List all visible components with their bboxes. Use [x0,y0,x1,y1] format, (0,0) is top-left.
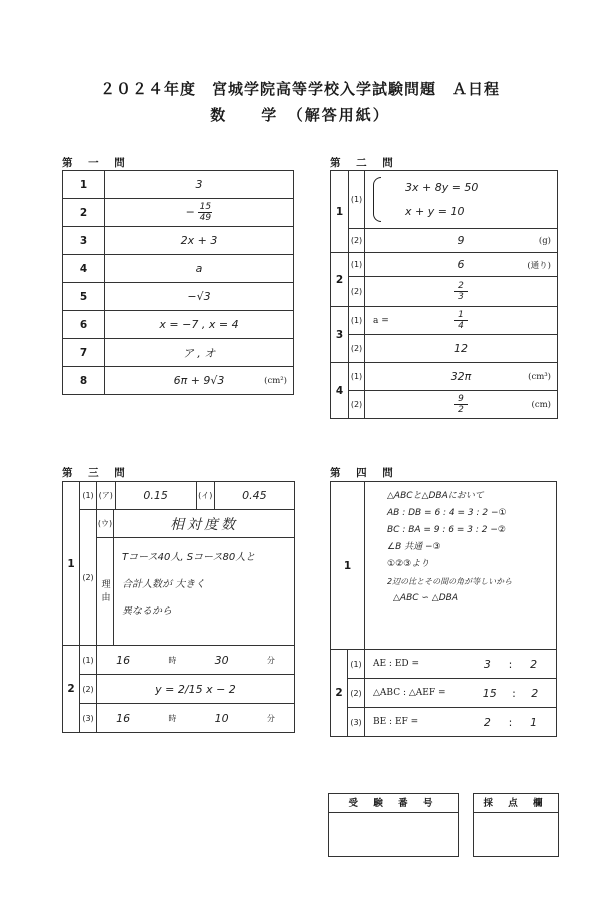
minute-unit: 分 [267,655,275,666]
colon: : [512,687,516,700]
sub-label: (2) [349,391,365,419]
q2-part-num: 4 [331,363,349,419]
exam-title: ２０２４年度 宮城学院高等学校入学試験問題 Ａ日程 [0,78,600,99]
score-box[interactable]: 採 点 欄 [473,793,559,857]
sub-label: (2) [348,679,365,708]
exam-subtitle: 数 学 （解答用紙） [0,104,600,125]
sub-label: (2) [80,675,97,704]
ratio-b: 2 [530,658,537,671]
q3-table: 1 (1) (ア) 0.15 (イ) 0.45 (2) (ウ) 相対度数 理由 … [62,481,295,733]
denominator: 4 [458,321,464,331]
q2-4-1-answer[interactable]: 32π(cm³) [365,363,558,391]
q4-label: 第 四 問 [330,465,399,480]
minute-value: 10 [215,712,229,725]
proof-line: ∠B 共通 −③ [387,539,548,556]
denominator: 3 [458,292,464,302]
unit-label: (cm³) [528,372,551,382]
q1-row-num: 8 [63,367,105,395]
equation-1: 3x + 8y = 50 [405,176,557,200]
answer-text: 6 [458,258,465,271]
q1-row-num: 4 [63,255,105,283]
fraction: 14 [454,310,468,331]
q1-label: 第 一 問 [62,155,131,170]
sub-label: (2) [80,510,97,646]
q4-proof-answer[interactable]: △ABCと△DBAにおいて AB : DB = 6 : 4 = 3 : 2 −①… [365,482,557,650]
q2-2-1-answer[interactable]: 6(通り) [365,253,558,277]
ratio-a: 15 [483,687,497,700]
proof-line: AB : DB = 6 : 4 = 3 : 2 −① [387,505,548,522]
hour-unit: 時 [168,655,176,666]
unit-label: (g) [539,236,551,246]
fraction: 23 [454,281,468,302]
sign: − [186,206,195,219]
q4-2-2-answer[interactable]: △ABC : △AEF = 15:2 [365,679,557,708]
q2-part-num: 2 [331,253,349,307]
q2-4-2-answer[interactable]: 92(cm) [365,391,558,419]
q4-2-3-answer[interactable]: BE : EF = 2:1 [365,708,557,737]
reason-label-cell: 理由 [97,538,114,646]
q1-row-num: 1 [63,171,105,199]
q2-table: 1 (1) 3x + 8y = 50 x + y = 10 (2) 9(g) 2… [330,170,558,419]
ratio-b: 2 [531,687,538,700]
minute-value: 30 [215,654,229,667]
exam-number-label: 受 験 番 号 [329,794,458,813]
sub-label: (1) [349,363,365,391]
q2-3-2-answer[interactable]: 12 [365,335,558,363]
numerator: 1 [458,310,464,320]
ratio-a: 2 [484,716,491,729]
q1-row-num: 3 [63,227,105,255]
q1-answer-6[interactable]: x = −7 , x = 4 [105,311,294,339]
answer-text: 32π [451,370,472,383]
q3-2-2-answer[interactable]: y = 2/15 x − 2 [97,675,295,704]
prefix-label: △ABC : △AEF = [373,688,445,698]
hour-value: 16 [116,654,130,667]
q3-part-num: 2 [63,646,80,733]
sub-label: (2) [349,229,365,253]
q1-row-num: 5 [63,283,105,311]
q1-answer-7[interactable]: ア , オ [105,339,294,367]
q1-row-num: 6 [63,311,105,339]
reason-label: 理由 [99,579,112,605]
q3-part-num: 1 [63,482,80,646]
q3-label: 第 三 問 [62,465,131,480]
sub-label: (1) [80,646,97,675]
unit-label: (cm²) [264,376,287,386]
q4-table: 1 △ABCと△DBAにおいて AB : DB = 6 : 4 = 3 : 2 … [330,481,557,737]
q2-part-num: 1 [331,171,349,253]
prefix-label: BE : EF = [373,717,418,727]
denominator: 2 [458,405,464,415]
unit-label: (通り) [527,259,551,271]
sub-label: (ア) [97,482,115,509]
q1-answer-2[interactable]: − 1549 [105,199,294,227]
q2-2-2-answer[interactable]: 23 [365,277,558,307]
q3-answer-a[interactable]: 0.15 [115,482,196,509]
q3-2-1-answer[interactable]: 16 時 30 分 [97,646,295,675]
q1-row-num: 7 [63,339,105,367]
sub-label: (1) [348,650,365,679]
q2-3-1-answer[interactable]: a =14 [365,307,558,335]
q3-reason-answer[interactable]: Tコース40人, Sコース80人と 合計人数が 大きく 異なるから [114,538,295,646]
answer-text: 9 [458,234,465,247]
q1-answer-3[interactable]: 2x + 3 [105,227,294,255]
exam-number-box[interactable]: 受 験 番 号 [328,793,459,857]
unit-label: (cm) [532,400,551,410]
q2-1-2-answer[interactable]: 9(g) [365,229,558,253]
fraction: 1549 [198,202,212,223]
sub-label: (1) [349,171,365,229]
proof-line: 2辺の比とその間の角が等しいから [387,573,548,590]
equation-2: x + y = 10 [405,200,557,224]
proof-line: BC : BA = 9 : 6 = 3 : 2 −② [387,522,548,539]
denominator: 49 [200,213,211,223]
prefix-label: a = [373,316,389,326]
brace-icon [373,177,381,222]
q4-part-num: 1 [331,482,365,650]
ratio-b: 1 [530,716,537,729]
sub-label: (ウ) [97,510,114,538]
prefix-label: AE : ED = [373,659,419,669]
q1-answer-8[interactable]: 6π + 9√3(cm²) [105,367,294,395]
ratio-a: 3 [484,658,491,671]
proof-line: △ABCと△DBAにおいて [387,488,548,505]
sub-label: (3) [348,708,365,737]
sub-label: (3) [80,704,97,733]
q1-table: 13 2 − 1549 32x + 3 4a 5−√3 6x = −7 , x … [62,170,294,395]
sub-label: (1) [80,482,97,510]
proof-line: △ABC ∽ △DBA [387,590,548,607]
reason-line: 合計人数が 大きく [122,571,286,598]
q3-2-3-answer[interactable]: 16 時 10 分 [97,704,295,733]
sub-label: (1) [349,253,365,277]
q3-1-1-row: (ア) 0.15 (イ) 0.45 [97,482,294,509]
q2-1-1-answer[interactable]: 3x + 8y = 50 x + y = 10 [365,171,558,229]
numerator: 9 [458,394,464,404]
reason-line: Tコース40人, Sコース80人と [122,544,286,571]
minute-unit: 分 [267,713,275,724]
q1-answer-5[interactable]: −√3 [105,283,294,311]
sub-label: (2) [349,335,365,363]
q1-row-num: 2 [63,199,105,227]
q1-answer-1[interactable]: 3 [105,171,294,199]
q4-part-num: 2 [331,650,348,737]
colon: : [509,716,513,729]
sub-label: (2) [349,277,365,307]
fraction: 92 [454,394,468,415]
q2-label: 第 二 問 [330,155,399,170]
q3-answer-u[interactable]: 相対度数 [114,510,295,538]
sub-label: (1) [349,307,365,335]
numerator: 15 [200,202,211,212]
q3-answer-i[interactable]: 0.45 [214,482,294,509]
proof-line: ①②③より [387,556,548,573]
sub-label: (イ) [196,482,214,509]
q1-answer-4[interactable]: a [105,255,294,283]
reason-line: 異なるから [122,598,286,625]
numerator: 2 [458,281,464,291]
answer-text: 6π + 9√3 [174,374,225,387]
colon: : [509,658,513,671]
hour-value: 16 [116,712,130,725]
score-label: 採 点 欄 [474,794,558,813]
q2-part-num: 3 [331,307,349,363]
q4-2-1-answer[interactable]: AE : ED = 3:2 [365,650,557,679]
hour-unit: 時 [168,713,176,724]
